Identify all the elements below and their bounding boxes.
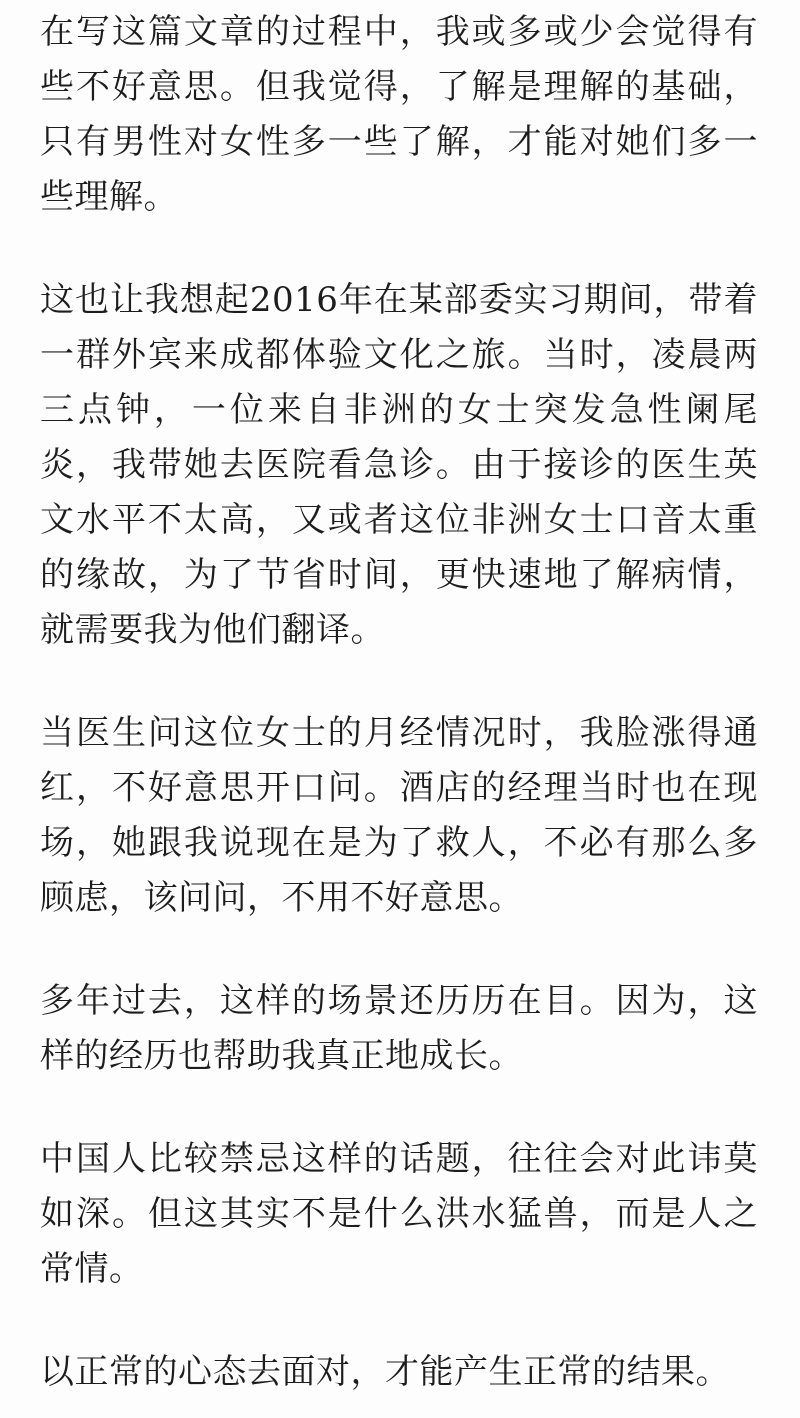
paragraph-4: 多年过去，这样的场景还历历在目。因为，这样的经历也帮助我真正地成长。 xyxy=(40,974,758,1084)
paragraph-2: 这也让我想起2016年在某部委实习期间，带着一群外宾来成都体验文化之旅。当时，凌… xyxy=(40,273,758,658)
article-body: 在写这篇文章的过程中，我或多或少会觉得有些不好意思。但我觉得，了解是理解的基础，… xyxy=(40,5,758,1400)
paragraph-6: 以正常的心态去面对，才能产生正常的结果。 xyxy=(40,1345,758,1400)
paragraph-5: 中国人比较禁忌这样的话题，往往会对此讳莫如深。但这其实不是什么洪水猛兽，而是人之… xyxy=(40,1132,758,1297)
article-page: 在写这篇文章的过程中，我或多或少会觉得有些不好意思。但我觉得，了解是理解的基础，… xyxy=(0,0,800,1418)
paragraph-3: 当医生问这位女士的月经情况时，我脸涨得通红，不好意思开口问。酒店的经理当时也在现… xyxy=(40,706,758,926)
paragraph-1: 在写这篇文章的过程中，我或多或少会觉得有些不好意思。但我觉得，了解是理解的基础，… xyxy=(40,5,758,225)
